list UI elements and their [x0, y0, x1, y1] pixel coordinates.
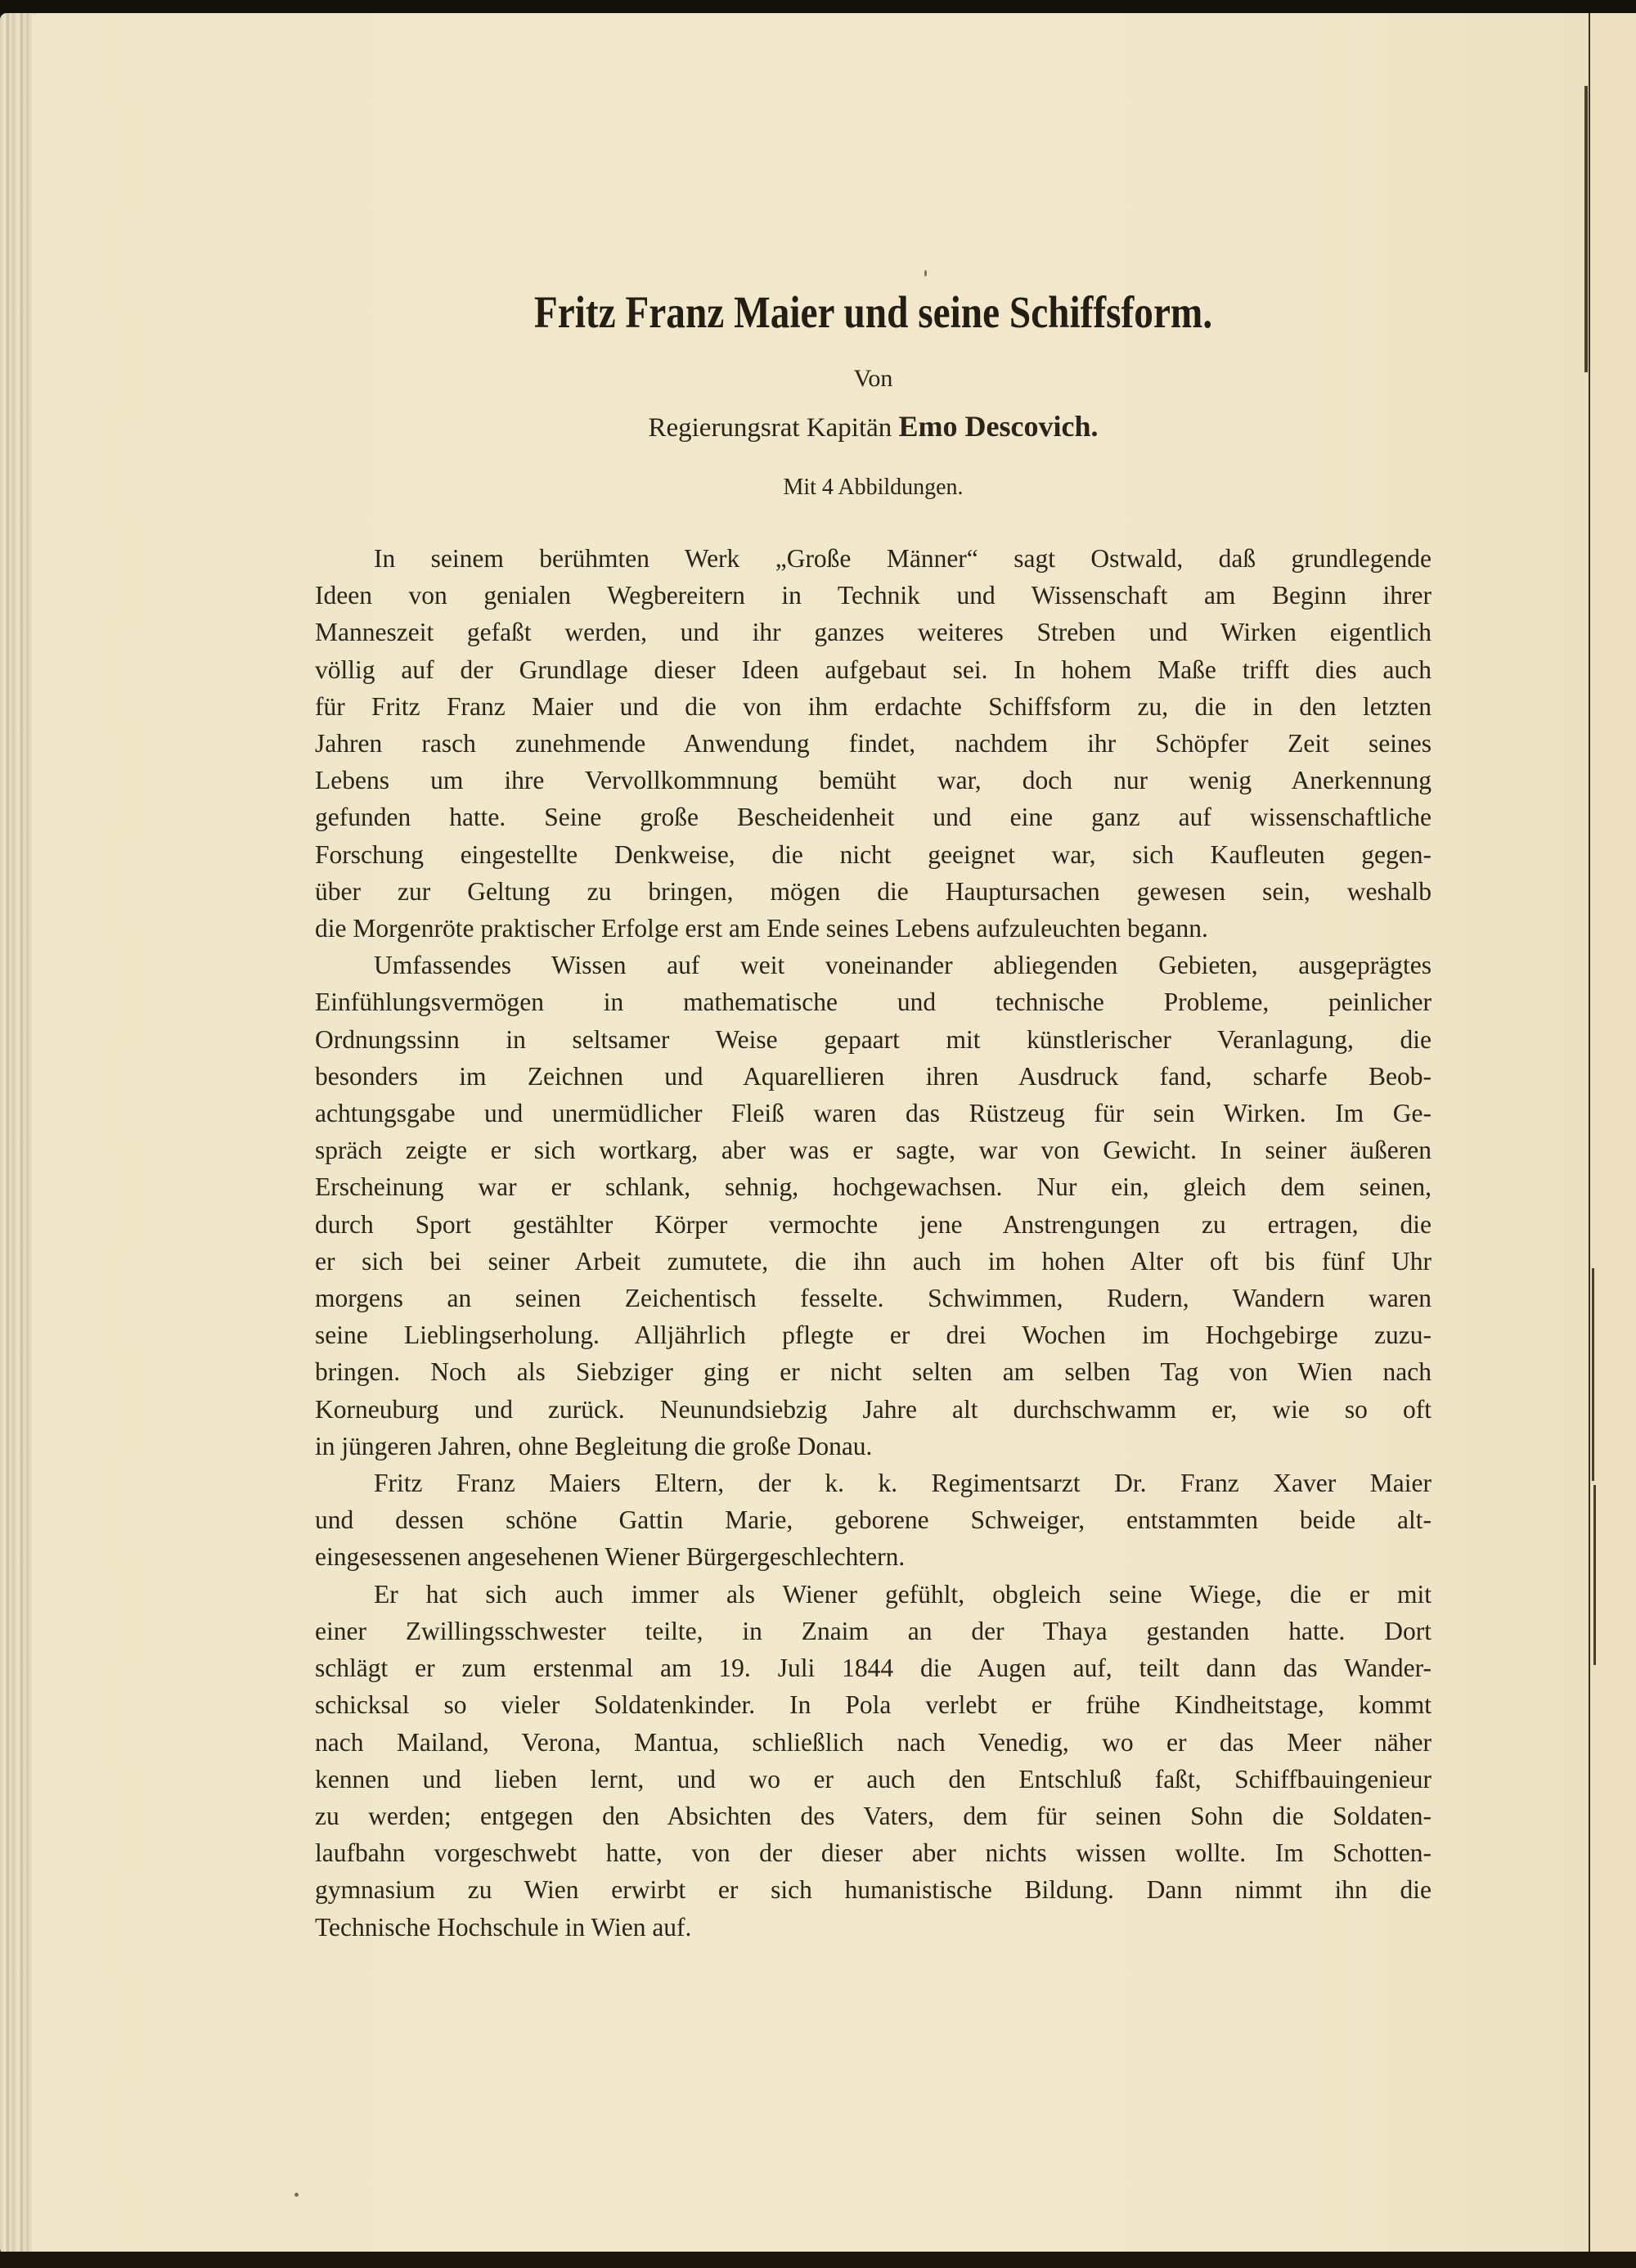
text-line: bringen. Noch als Siebziger ging er nich…	[315, 1353, 1431, 1390]
text-line: und dessen schöne Gattin Marie, geborene…	[315, 1501, 1431, 1538]
binding-shadow	[1584, 86, 1588, 372]
article-body: In seinem berühmten Werk „Große Männer“ …	[315, 540, 1431, 1946]
text-line: Jahren rasch zunehmende Anwendung findet…	[315, 725, 1431, 762]
text-line: Er hat sich auch immer als Wiener gefühl…	[315, 1576, 1431, 1613]
author-name: Emo Descovich.	[899, 410, 1099, 443]
dust-speck	[924, 270, 927, 277]
text-line: Korneuburg und zurück. Neunundsiebzig Ja…	[315, 1391, 1431, 1428]
text-line: laufbahn vorgeschwebt hatte, von der die…	[315, 1834, 1431, 1871]
paragraph-2: Umfassendes Wissen auf weit voneinander …	[315, 947, 1431, 1465]
text-line: über zur Geltung zu bringen, mögen die H…	[315, 873, 1431, 910]
text-line: Fritz Franz Maiers Eltern, der k. k. Reg…	[315, 1465, 1431, 1501]
text-line: durch Sport gestählter Körper vermochte …	[315, 1206, 1431, 1243]
text-line: in jüngeren Jahren, ohne Begleitung die …	[315, 1428, 1431, 1465]
text-line: gymnasium zu Wien erwirbt er sich humani…	[315, 1871, 1431, 1908]
text-line: gefunden hatte. Seine große Bescheidenhe…	[315, 799, 1431, 835]
binding-shadow	[1593, 1485, 1596, 1665]
byline-prefix: Von	[315, 365, 1431, 393]
binding-shadow	[1592, 1268, 1594, 1481]
text-line: schlägt er zum erstenmal am 19. Juli 184…	[315, 1649, 1431, 1686]
text-line: schicksal so vieler Soldatenkinder. In P…	[315, 1686, 1431, 1723]
scanned-book-page: Fritz Franz Maier und seine Schiffsform.…	[0, 0, 1636, 2268]
author-role: Regierungsrat Kapitän	[648, 413, 892, 443]
text-line: Ordnungssinn in seltsamer Weise gepaart …	[315, 1021, 1431, 1058]
paragraph-4: Er hat sich auch immer als Wiener gefühl…	[315, 1576, 1431, 1946]
text-line: Lebens um ihre Vervollkommnung bemüht wa…	[315, 762, 1431, 799]
next-page-edge	[1589, 13, 1636, 2253]
text-line: Umfassendes Wissen auf weit voneinander …	[315, 947, 1431, 983]
text-line: morgens an seinen Zeichentisch fesselte.…	[315, 1280, 1431, 1316]
dust-speck	[294, 2193, 299, 2197]
text-line: In seinem berühmten Werk „Große Männer“ …	[315, 540, 1431, 577]
text-line: spräch zeigte er sich wortkarg, aber was…	[315, 1132, 1431, 1168]
text-line: Ideen von genialen Wegbereitern in Techn…	[315, 577, 1431, 614]
article-title: Fritz Franz Maier und seine Schiffsform.	[393, 286, 1354, 338]
text-line: die Morgenröte praktischer Erfolge erst …	[315, 910, 1431, 947]
text-line: einer Zwillingsschwester teilte, in Znai…	[315, 1613, 1431, 1649]
text-line: für Fritz Franz Maier und die von ihm er…	[315, 688, 1431, 725]
text-line: Einfühlungsvermögen in mathematische und…	[315, 983, 1431, 1020]
text-line: Manneszeit gefaßt werden, und ihr ganzes…	[315, 614, 1431, 650]
text-line: seine Lieblingserholung. Alljährlich pfl…	[315, 1316, 1431, 1353]
text-line: zu werden; entgegen den Absichten des Va…	[315, 1798, 1431, 1834]
text-line: Forschung eingestellte Denkweise, die ni…	[315, 836, 1431, 873]
text-line: er sich bei seiner Arbeit zumutete, die …	[315, 1243, 1431, 1280]
text-line: achtungsgabe und unermüdlicher Fleiß war…	[315, 1095, 1431, 1132]
paragraph-3: Fritz Franz Maiers Eltern, der k. k. Reg…	[315, 1465, 1431, 1576]
illustrations-note: Mit 4 Abbildungen.	[315, 475, 1431, 501]
author-line: Regierungsrat Kapitän Emo Descovich.	[315, 409, 1431, 443]
text-line: nach Mailand, Verona, Mantua, schließlic…	[315, 1724, 1431, 1761]
scan-border-bottom	[0, 2252, 1636, 2268]
text-line: Erscheinung war er schlank, sehnig, hoch…	[315, 1168, 1431, 1205]
text-line: Technische Hochschule in Wien auf.	[315, 1909, 1431, 1946]
text-line: völlig auf der Grundlage dieser Ideen au…	[315, 651, 1431, 688]
paragraph-1: In seinem berühmten Werk „Große Männer“ …	[315, 540, 1431, 947]
text-line: kennen und lieben lernt, und wo er auch …	[315, 1761, 1431, 1798]
text-line: besonders im Zeichnen und Aquarellieren …	[315, 1058, 1431, 1095]
text-line: eingesessenen angesehenen Wiener Bürgerg…	[315, 1538, 1431, 1575]
